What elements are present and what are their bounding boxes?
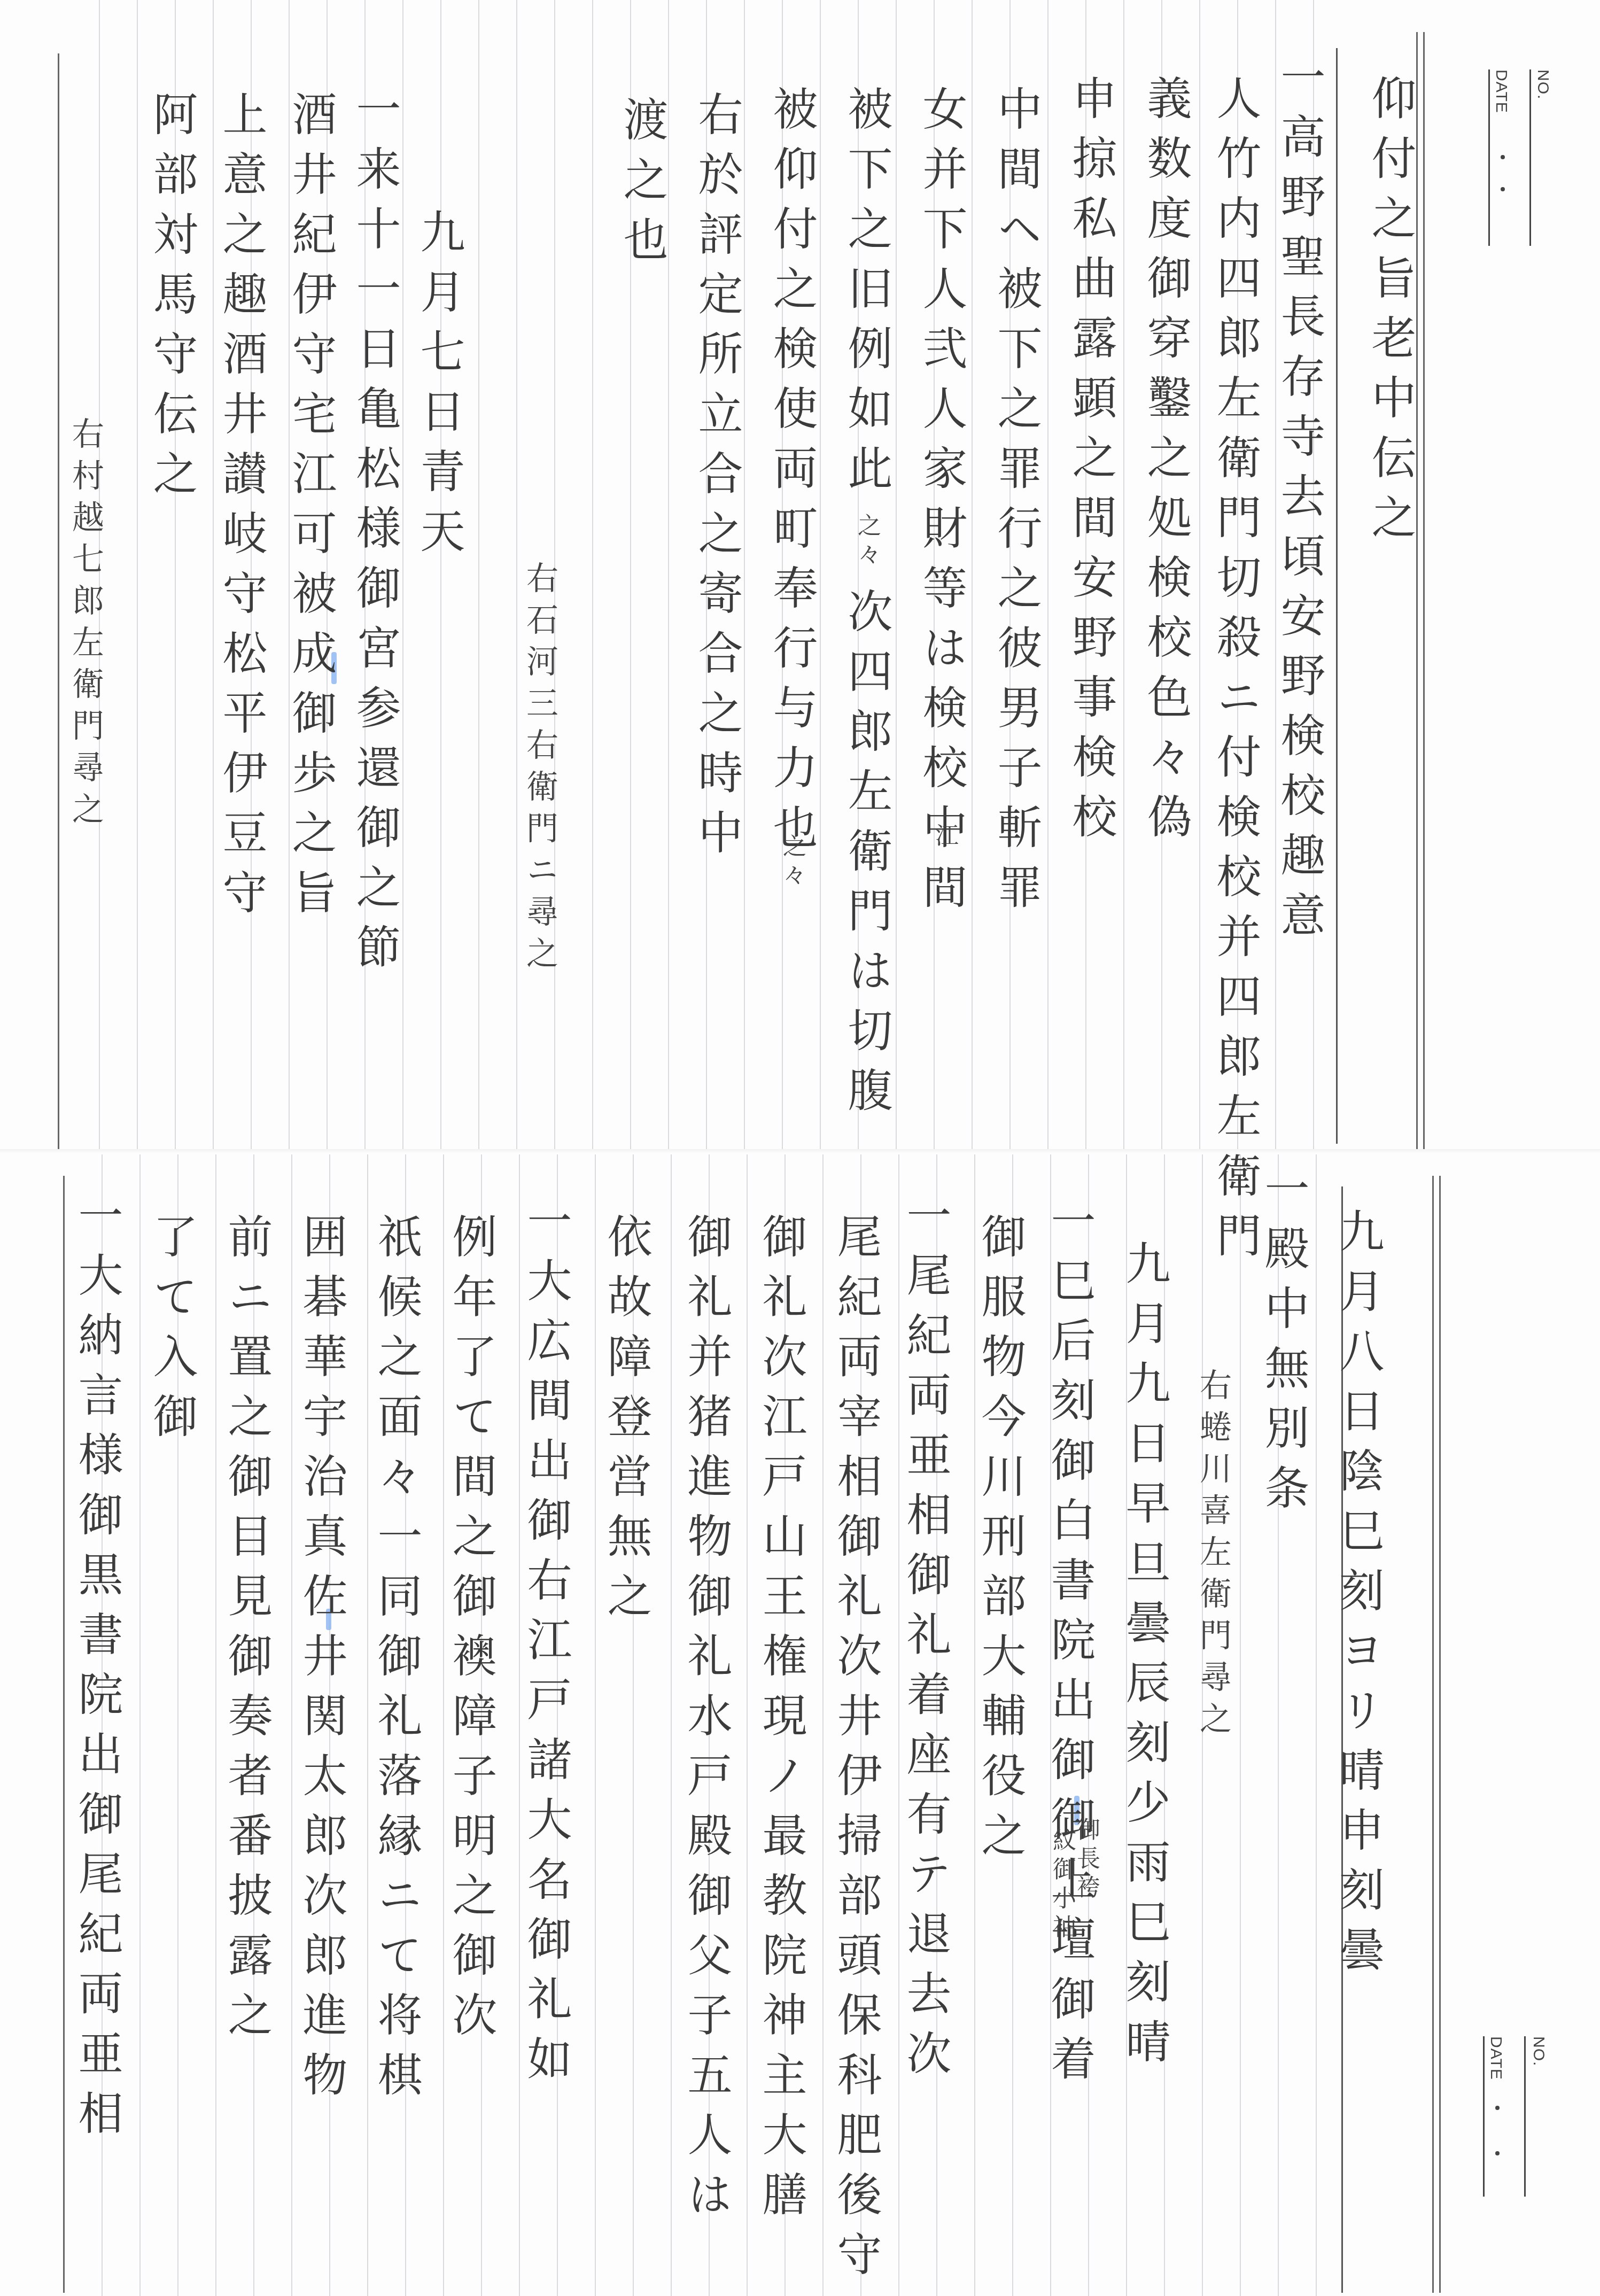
no-label: NO.	[1529, 2036, 1548, 2066]
double-margin-line	[1416, 32, 1425, 1149]
handwritten-column: 上意之趣酒井讃岐守松平伊豆守	[219, 91, 264, 929]
handwritten-column: 一大納言様御黒書院出御尾紀両亜相	[75, 1192, 120, 2150]
handwritten-column: 中間ヘ被下之罪行之彼男子斬罪	[994, 86, 1039, 924]
handwritten-column: 九月八日陰巳刻ヨリ晴申刻曇	[1336, 1208, 1381, 1986]
no-line	[1524, 2036, 1526, 2197]
page-seam	[0, 1149, 1600, 1154]
handwritten-column: 被仰付之検使両町奉行与力也	[770, 86, 814, 864]
no-label: NO.	[1534, 69, 1552, 99]
ruled-line	[516, 0, 517, 1149]
handwritten-column: 九月九日早旦曇辰刻少雨巳刻晴	[1122, 1240, 1167, 2078]
handwritten-column: 右村越七郎左衛門尋之	[69, 417, 102, 834]
handwritten-column: 仰付之旨老中伝之	[1368, 75, 1413, 554]
handwritten-column: 右石河三右衛門ニ尋之	[524, 561, 556, 978]
ruled-line	[595, 1154, 596, 2296]
handwritten-column: 御服物今川刑部大輔役之	[978, 1213, 1023, 1872]
date-line	[1488, 69, 1490, 246]
handwritten-column: 例年了て間之御襖障子明之御次	[449, 1213, 494, 2051]
handwritten-column: 御礼次江戸山王権現ノ最教院神主大膳	[759, 1213, 804, 2231]
handwritten-column: 右蜷川喜左衛門尋之	[1197, 1368, 1229, 1743]
handwritten-column: 右於評定所立合之寄合之時中	[695, 91, 740, 869]
ruled-line	[367, 1154, 368, 2296]
handwritten-column: 申掠私曲露顕之間安野事検校	[1069, 75, 1114, 853]
ruled-line	[137, 0, 138, 1149]
date-label: DATE	[1492, 69, 1510, 113]
handwritten-column: 之々	[855, 513, 879, 571]
handwritten-column: 江	[933, 823, 956, 852]
handwritten-column: 被下之旧例如此	[844, 86, 889, 505]
ruled-line	[747, 1154, 748, 2296]
date-label: DATE	[1487, 2036, 1505, 2080]
left-margin-line	[63, 1176, 65, 2293]
handwritten-column: 人竹内四郎左衛門切殺ニ付検校并四郎左衛門	[1213, 75, 1258, 1272]
ruled-line	[820, 0, 821, 1149]
handwritten-column: 女并下人弐人家財等は検校中間	[919, 86, 964, 924]
no-line	[1529, 69, 1531, 246]
handwritten-column: 御礼并猪進物御礼水戸殿御父子五人は	[684, 1213, 729, 2231]
date-line	[1483, 2036, 1485, 2197]
handwritten-column: 之々	[780, 834, 804, 891]
ruled-line	[1199, 0, 1200, 1149]
ruled-line	[478, 0, 479, 1149]
handwritten-column: 依故障登営無之	[604, 1213, 649, 1632]
date-dot	[1495, 2106, 1500, 2110]
ruled-line	[744, 0, 745, 1149]
ruled-line	[1316, 1154, 1317, 2296]
handwritten-column: 御長袴	[1074, 1817, 1098, 1904]
handwritten-column: 尾紀両宰相御礼次井伊掃部頭保科肥後守	[834, 1213, 879, 2291]
handwritten-column: 囲碁華宇治真佐井関太郎次郎進物	[299, 1213, 344, 2111]
handwritten-column: 一巳后刻御白書院出御御上壇御着	[1047, 1197, 1092, 2095]
ruled-line	[402, 0, 403, 1149]
ruled-line	[440, 0, 441, 1149]
ruled-line	[443, 1154, 444, 2296]
ruled-line	[896, 0, 897, 1149]
no-date-box: NO. DATE	[1486, 69, 1550, 294]
date-dot	[1501, 155, 1505, 159]
date-dot	[1495, 2151, 1500, 2155]
date-dot	[1501, 187, 1505, 191]
handwritten-column: 次四郎左衛門は切腹	[844, 588, 889, 1127]
ruled-line	[822, 1154, 824, 2296]
ruled-line	[671, 1154, 672, 2296]
ruled-line	[291, 1154, 292, 2296]
ruled-line	[1047, 0, 1048, 1149]
handwritten-column: 紋御小袖	[1050, 1828, 1074, 1943]
handwritten-column: 一来十一日亀松様御宮参還御之節	[353, 86, 398, 983]
handwritten-column: 前ニ置之御目見御奏者番披露之	[224, 1213, 269, 2051]
handwritten-column: 一尾紀両亜相御礼着座有テ退去次	[903, 1192, 948, 2090]
handwritten-column: 阿部対馬守伝之	[150, 91, 195, 510]
ruled-line	[1123, 0, 1124, 1149]
handwritten-column: 一大広間出御右江戸諸大名御礼如	[524, 1197, 569, 2095]
ruled-line	[972, 0, 973, 1149]
ruled-line	[1240, 1154, 1241, 2296]
no-date-box: NO. DATE	[1480, 2036, 1544, 2261]
handwritten-column: 酒井紀伊守宅江可被成御歩之旨	[289, 91, 333, 929]
handwritten-column: 義数度御穿鑿之処検校色々偽	[1144, 75, 1189, 853]
ruled-line	[213, 0, 214, 1149]
ruled-line	[215, 1154, 216, 2296]
left-margin-line	[58, 53, 59, 1149]
handwritten-column: 祇候之面々一同御礼落縁ニて将棋	[374, 1213, 419, 2111]
double-margin-line	[1432, 1176, 1441, 2293]
handwritten-column: 了て入御	[150, 1213, 195, 1453]
margin-line	[1336, 48, 1338, 1144]
handwritten-column: 九月七日青天	[417, 208, 462, 568]
handwritten-column: 渡之也	[620, 96, 665, 276]
handwritten-column: 一殿中無別条	[1261, 1165, 1306, 1524]
handwritten-column: 一高野聖長存寺去頃安野検校趣意	[1277, 53, 1322, 951]
ruled-line	[139, 1154, 141, 2296]
ruled-line	[592, 0, 593, 1149]
